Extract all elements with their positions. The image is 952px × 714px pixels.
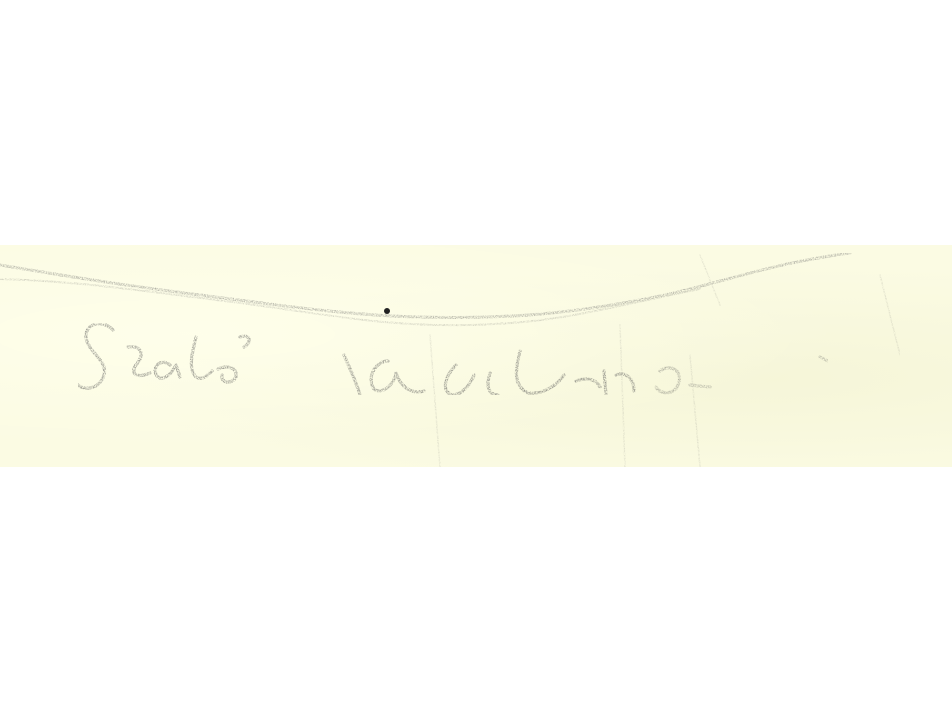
pencil-dot xyxy=(384,308,390,314)
paper-strip: Szabó Vladimír xyxy=(0,245,952,467)
signature-strokes xyxy=(78,324,828,395)
pencil-sketch xyxy=(0,245,952,467)
sketch-line xyxy=(0,253,900,467)
